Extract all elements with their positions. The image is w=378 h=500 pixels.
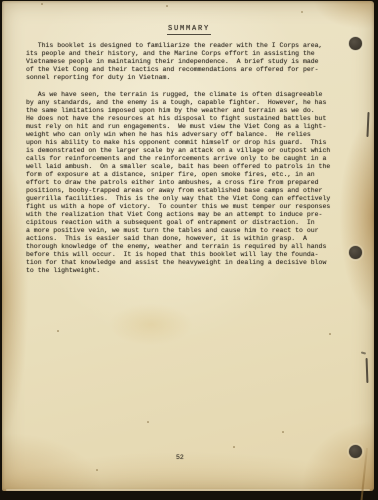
paper-speck — [233, 446, 235, 448]
page-number: 52 — [176, 454, 184, 462]
page-title: SUMMARY — [167, 25, 211, 35]
paper-speck — [329, 333, 331, 335]
summary-paragraph-1: This booklet is designed to familiarize … — [26, 42, 348, 82]
paper-speck — [57, 330, 59, 332]
paper-speck — [41, 3, 43, 5]
paper-speck — [301, 11, 303, 13]
scanned-page-photo: SUMMARY This booklet is designed to fami… — [0, 0, 378, 500]
summary-paragraph-2: As we have seen, the terrain is rugged, … — [26, 91, 348, 275]
hole-punch — [349, 445, 362, 458]
paper-speck — [282, 431, 284, 433]
paper-speck — [96, 469, 98, 471]
paper-speck — [147, 421, 149, 423]
hole-punch — [349, 246, 362, 259]
paper-speck — [166, 5, 168, 7]
hole-punch — [349, 37, 362, 50]
